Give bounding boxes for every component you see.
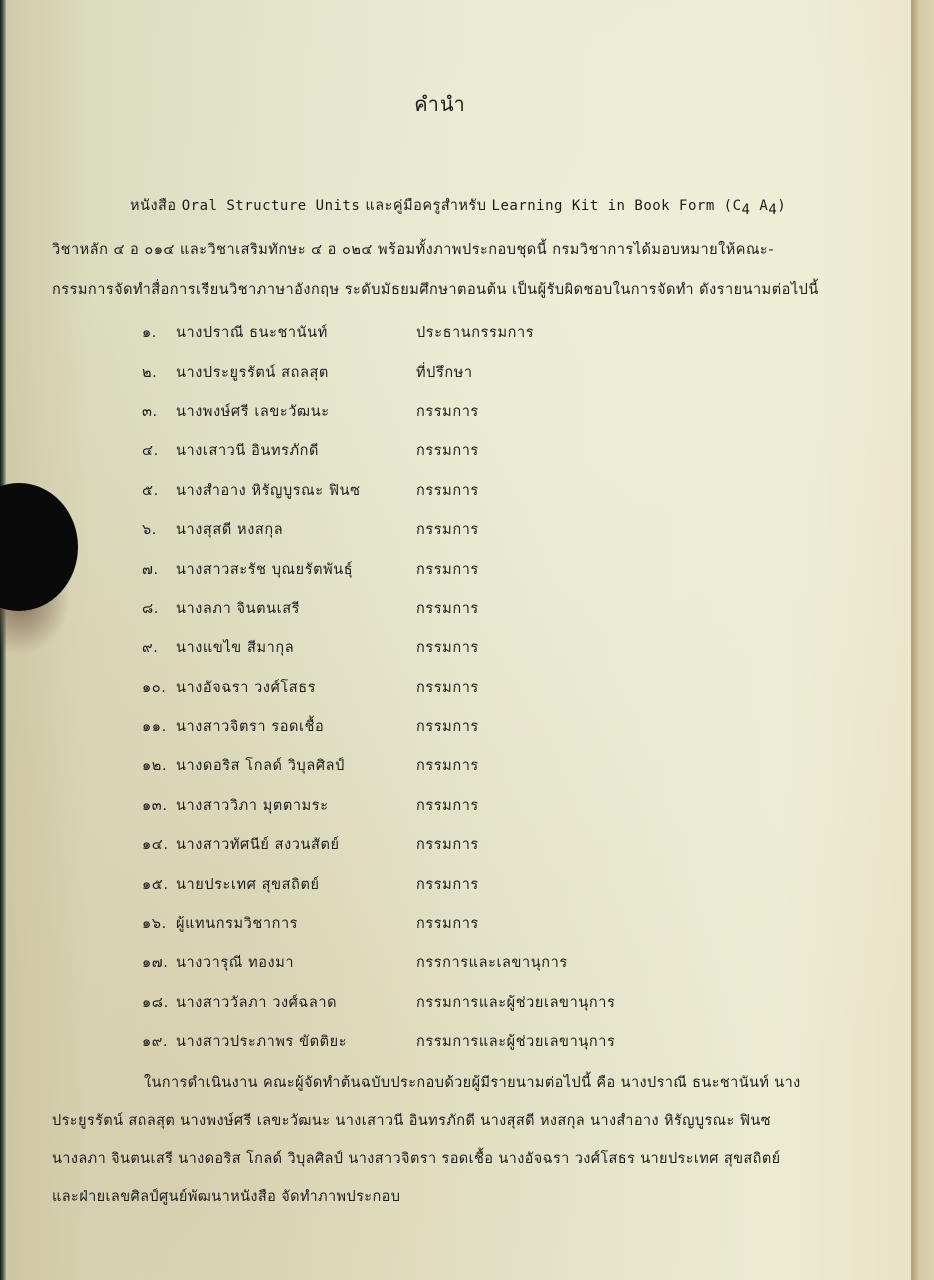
- member-name: นางวารุณี ทองมา: [176, 951, 416, 974]
- member-number: ๑๗.: [142, 951, 176, 974]
- member-number: ๑๐.: [142, 676, 176, 699]
- committee-member: ๓.นางพงษ์ศรี เลขะวัฒนะกรรมการ: [142, 392, 702, 431]
- committee-member: ๑๐.นางอัจฉรา วงศ์โสธรกรรมการ: [142, 668, 702, 707]
- member-number: ๑๙.: [142, 1030, 176, 1053]
- underlying-page-edge: [912, 0, 934, 1280]
- member-name: นางแขไข สีมากุล: [176, 636, 416, 659]
- member-role: กรรมการ: [416, 912, 702, 935]
- intro-text: และคู่มือครูสำหรับ: [360, 198, 491, 214]
- member-role: ประธานกรรมการ: [416, 321, 702, 344]
- closing-line-1: ในการดำเนินงาน คณะผู้จัดทำต้นฉบับประกอบด…: [52, 1064, 872, 1102]
- member-role: กรรมการ: [416, 518, 702, 541]
- member-role: กรรมการ: [416, 794, 702, 817]
- kit-title: Learning Kit in Book Form (C: [492, 198, 742, 214]
- intro-line-1: หนังสือ Oral Structure Units และคู่มือคร…: [52, 186, 872, 230]
- committee-member: ๑๘.นางสาววัลภา วงศ์ฉลาดกรรมการและผู้ช่วย…: [142, 983, 702, 1022]
- member-role: กรรมการ: [416, 479, 702, 502]
- member-number: ๗.: [142, 558, 176, 581]
- member-role: กรรมการ: [416, 715, 702, 738]
- member-name: นางสาวสะรัช บุณยรัตพันธุ์: [176, 558, 416, 581]
- committee-member: ๕.นางสำอาง หิรัญบูรณะ ฟินซกรรมการ: [142, 471, 702, 510]
- member-role: กรรมการ: [416, 400, 702, 423]
- member-name: นางปราณี ธนะชานันท์: [176, 321, 416, 344]
- page-title: คำนำ: [0, 88, 880, 120]
- committee-member: ๖.นางสุสดี หงสกุลกรรมการ: [142, 510, 702, 549]
- member-role: กรรมการ: [416, 558, 702, 581]
- member-role: กรรมการและผู้ช่วยเลขานุการ: [416, 991, 702, 1014]
- member-name: นายประเทศ สุขสถิตย์: [176, 873, 416, 896]
- member-role: กรรมการ: [416, 636, 702, 659]
- intro-line-3: กรรมการจัดทำสื่อการเรียนวิชาภาษาอังกฤษ ร…: [52, 270, 872, 310]
- closing-line-2: ประยูรรัตน์ สถลสุต นางพงษ์ศรี เลขะวัฒนะ …: [52, 1102, 872, 1140]
- committee-member: ๔.นางเสาวนี อินทรภักดีกรรมการ: [142, 431, 702, 470]
- member-number: ๘.: [142, 597, 176, 620]
- committee-member: ๗.นางสาวสะรัช บุณยรัตพันธุ์กรรมการ: [142, 549, 702, 588]
- member-role: ที่ปรึกษา: [416, 361, 702, 384]
- scanned-page: คำนำ หนังสือ Oral Structure Units และคู่…: [0, 0, 916, 1280]
- member-number: ๙.: [142, 636, 176, 659]
- committee-member: ๑๗.นางวารุณี ทองมากรรการและเลขานุการ: [142, 943, 702, 982]
- member-name: นางดอริส โกลด์ วิบุลศิลป์: [176, 754, 416, 777]
- member-name: นางสาวจิตรา รอดเชื้อ: [176, 715, 416, 738]
- intro-text: หนังสือ: [130, 198, 182, 214]
- member-number: ๒.: [142, 361, 176, 384]
- committee-member: ๙.นางแขไข สีมากุลกรรมการ: [142, 628, 702, 667]
- member-number: ๑๕.: [142, 873, 176, 896]
- member-number: ๔.: [142, 439, 176, 462]
- member-name: นางสำอาง หิรัญบูรณะ ฟินซ: [176, 479, 416, 502]
- member-number: ๑๖.: [142, 912, 176, 935]
- committee-member: ๑๕.นายประเทศ สุขสถิตย์กรรมการ: [142, 864, 702, 903]
- intro-line-2: วิชาหลัก ๔ อ ๐๑๔ และวิชาเสริมทักษะ ๔ อ ๐…: [52, 230, 872, 270]
- member-role: กรรมการและผู้ช่วยเลขานุการ: [416, 1030, 702, 1053]
- member-number: ๑๑.: [142, 715, 176, 738]
- intro-paragraph: หนังสือ Oral Structure Units และคู่มือคร…: [52, 186, 872, 310]
- member-name: ผู้แทนกรมวิชาการ: [176, 912, 416, 935]
- committee-member: ๑๑.นางสาวจิตรา รอดเชื้อกรรมการ: [142, 707, 702, 746]
- member-number: ๖.: [142, 518, 176, 541]
- committee-member: ๑๔.นางสาวทัศนีย์ สงวนสัตย์กรรมการ: [142, 825, 702, 864]
- member-name: นางสาวทัศนีย์ สงวนสัตย์: [176, 833, 416, 856]
- member-role: กรรมการ: [416, 597, 702, 620]
- member-number: ๑๓.: [142, 794, 176, 817]
- member-number: ๑.: [142, 321, 176, 344]
- committee-member: ๘.นางลภา จินตนเสรีกรรมการ: [142, 589, 702, 628]
- book-title: Oral Structure Units: [182, 198, 361, 214]
- committee-member: ๑๙.นางสาวประภาพร ขัตติยะกรรมการและผู้ช่ว…: [142, 1022, 702, 1061]
- member-role: กรรมการ: [416, 833, 702, 856]
- member-role: กรรการและเลขานุการ: [416, 951, 702, 974]
- member-name: นางอัจฉรา วงศ์โสธร: [176, 676, 416, 699]
- closing-line-4: และฝ่ายเลขศิลป์ศูนย์พัฒนาหนังสือ จัดทำภา…: [52, 1178, 872, 1216]
- committee-list: ๑.นางปราณี ธนะชานันท์ประธานกรรมการ ๒.นาง…: [142, 313, 702, 1061]
- member-name: นางเสาวนี อินทรภักดี: [176, 439, 416, 462]
- committee-member: ๑๒.นางดอริส โกลด์ วิบุลศิลป์กรรมการ: [142, 746, 702, 785]
- member-name: นางพงษ์ศรี เลขะวัฒนะ: [176, 400, 416, 423]
- member-role: กรรมการ: [416, 676, 702, 699]
- member-role: กรรมการ: [416, 439, 702, 462]
- committee-member: ๑๖.ผู้แทนกรมวิชาการกรรมการ: [142, 904, 702, 943]
- member-number: ๑๒.: [142, 754, 176, 777]
- member-name: นางลภา จินตนเสรี: [176, 597, 416, 620]
- member-role: กรรมการ: [416, 754, 702, 777]
- closing-paragraph: ในการดำเนินงาน คณะผู้จัดทำต้นฉบับประกอบด…: [52, 1064, 872, 1216]
- member-number: ๑๔.: [142, 833, 176, 856]
- member-name: นางสาววัลภา วงศ์ฉลาด: [176, 991, 416, 1014]
- closing-line-3: นางลภา จินตนเสรี นางดอริส โกลด์ วิบุลศิล…: [52, 1140, 872, 1178]
- member-role: กรรมการ: [416, 873, 702, 896]
- member-name: นางสาววิภา มุตตามระ: [176, 794, 416, 817]
- member-name: นางประยูรรัตน์ สถลสุต: [176, 361, 416, 384]
- kit-title: A: [750, 198, 768, 214]
- kit-title: ): [777, 198, 786, 214]
- committee-member: ๒.นางประยูรรัตน์ สถลสุตที่ปรึกษา: [142, 352, 702, 391]
- member-number: ๕.: [142, 479, 176, 502]
- member-name: นางสาวประภาพร ขัตติยะ: [176, 1030, 416, 1053]
- member-number: ๓.: [142, 400, 176, 423]
- member-name: นางสุสดี หงสกุล: [176, 518, 416, 541]
- member-number: ๑๘.: [142, 991, 176, 1014]
- committee-member: ๑๓.นางสาววิภา มุตตามระกรรมการ: [142, 786, 702, 825]
- committee-member: ๑.นางปราณี ธนะชานันท์ประธานกรรมการ: [142, 313, 702, 352]
- subscript: 4: [768, 202, 777, 218]
